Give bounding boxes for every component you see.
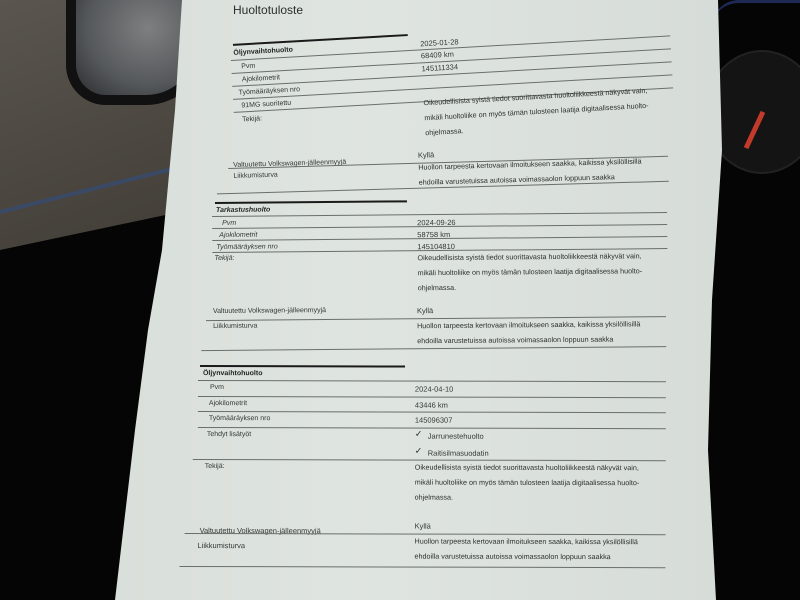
label-tekija: Tekijä: bbox=[205, 463, 225, 470]
label-pvm: Pvm bbox=[210, 384, 224, 391]
tekija-line-2: mikäli huoltoliike on myös tämän tuloste… bbox=[415, 475, 640, 491]
value-pvm: 2024-04-10 bbox=[415, 385, 453, 394]
section-oil-change-2024: Öljynvaihtohuolto Pvm 2024-04-10 Ajokilo… bbox=[0, 0, 800, 600]
tekija-line-1: Oikeudellisista syistä tiedot suorittava… bbox=[415, 460, 639, 476]
label-work-order: Työmääräyksen nro bbox=[209, 415, 271, 422]
extra-work-item: Raitisilmasuodatin bbox=[428, 449, 489, 458]
label-mobility: Liikkumisturva bbox=[198, 541, 246, 550]
mobility-line-1: Huollon tarpeesta kertovaan ilmoitukseen… bbox=[415, 534, 638, 550]
value-km: 43446 km bbox=[415, 401, 448, 410]
extra-work-item: Jarrunestehuolto bbox=[428, 432, 484, 441]
label-extra-work: Tehdyt lisätyöt bbox=[207, 431, 251, 438]
service-record-document: Huoltotuloste Öljynvaihtohuolto 2025-01-… bbox=[0, 0, 800, 600]
check-icon: ✓ bbox=[415, 446, 423, 457]
value-work-order: 145096307 bbox=[415, 416, 453, 425]
label-km: Ajokilometrit bbox=[209, 400, 247, 407]
tekija-line-3: ohjelmassa. bbox=[415, 490, 453, 505]
section-title: Öljynvaihtohuolto bbox=[203, 370, 263, 377]
value-dealer: Kyllä bbox=[415, 522, 431, 531]
mobility-line-2: ehdoilla varustetuissa autoissa voimassa… bbox=[414, 549, 610, 565]
check-icon: ✓ bbox=[415, 429, 423, 440]
